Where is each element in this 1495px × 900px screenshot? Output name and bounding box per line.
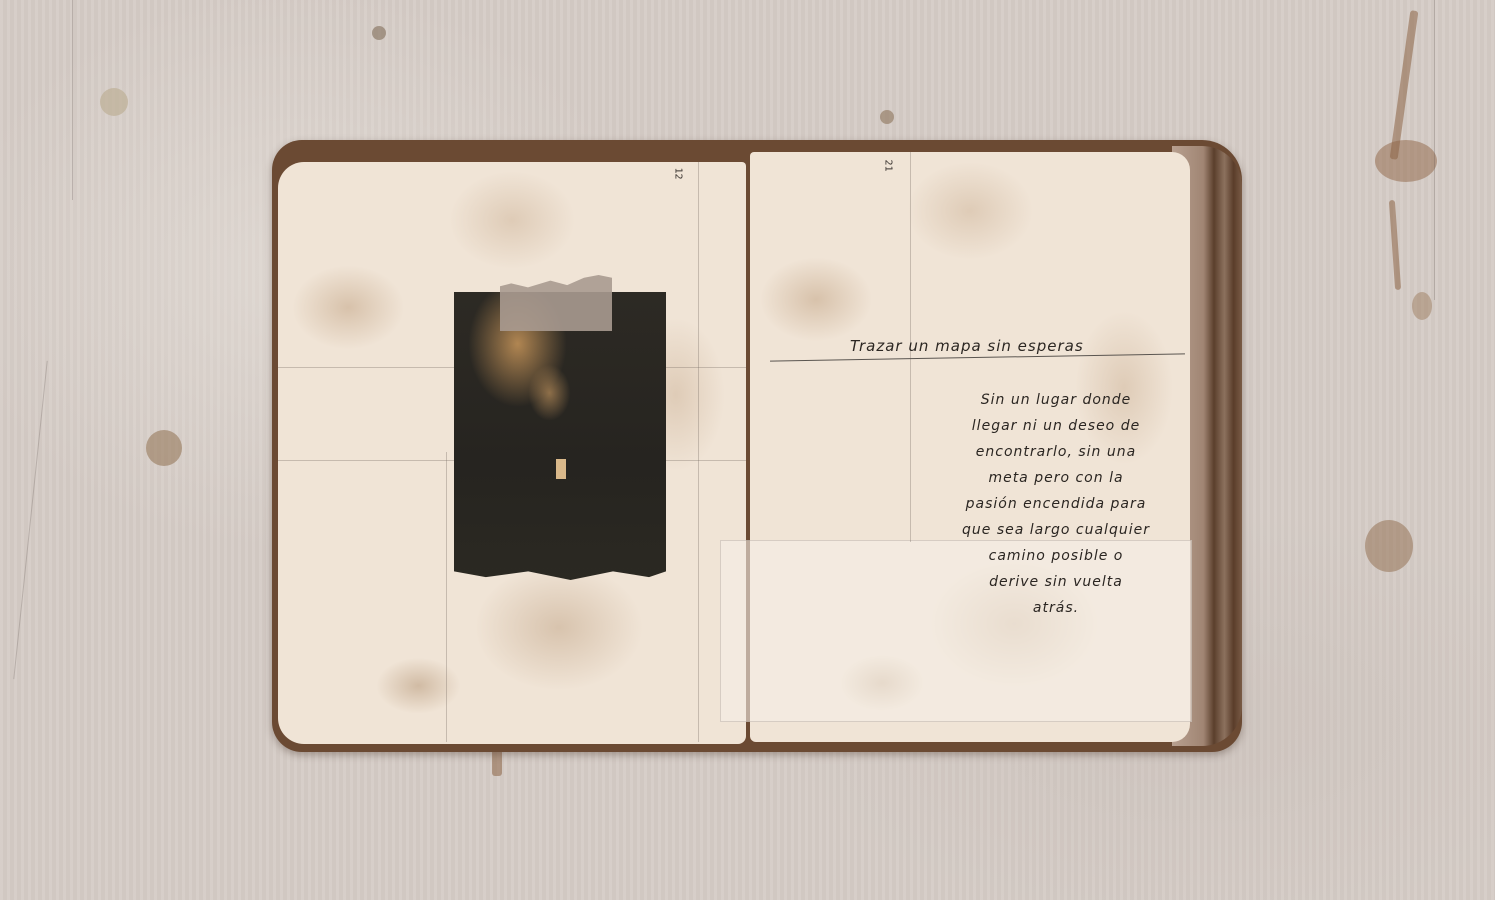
- right-page: 21 Trazar un mapa sin esperas Sin un lug…: [750, 152, 1190, 742]
- handwritten-line: derive sin vuelta: [946, 569, 1166, 595]
- wall-drip: [1389, 200, 1401, 290]
- wall-stain: [372, 26, 386, 40]
- left-page: 12: [278, 162, 746, 744]
- handwritten-line: meta pero con la: [946, 465, 1166, 491]
- handwritten-line: llegar ni un deseo de: [946, 413, 1166, 439]
- handwritten-line: Sin un lugar donde: [946, 387, 1166, 413]
- wall-drip: [1390, 10, 1419, 160]
- wall-stain: [146, 430, 182, 466]
- page-number: 21: [883, 159, 894, 171]
- tape-strip: [500, 275, 612, 331]
- wall-scratch: [1434, 0, 1435, 300]
- handwritten-title: Trazar un mapa sin esperas: [850, 337, 1084, 355]
- handwritten-line: camino posible o: [946, 543, 1166, 569]
- wall-stain: [100, 88, 128, 116]
- wall-drip: [492, 748, 502, 776]
- handwritten-line: atrás.: [946, 595, 1166, 621]
- handwritten-line: encontrarlo, sin una: [946, 439, 1166, 465]
- wall-stain: [1412, 292, 1432, 320]
- wall-stain: [1375, 140, 1437, 182]
- handwritten-line: que sea largo cualquier: [946, 517, 1166, 543]
- wall-scratch: [72, 0, 73, 200]
- handwritten-text: Sin un lugar donde llegar ni un deseo de…: [946, 387, 1166, 621]
- handwritten-line: pasión encendida para: [946, 491, 1166, 517]
- wall-scratch: [13, 361, 47, 679]
- wall-stain: [1365, 520, 1413, 572]
- page-number: 12: [673, 167, 684, 179]
- light-patch: [556, 459, 566, 479]
- page-fold: [446, 452, 447, 742]
- forest-photo: [454, 292, 666, 580]
- wall-stain: [880, 110, 894, 124]
- notebook: 12 21 Trazar un mapa sin esperas Sin un …: [272, 140, 1242, 752]
- page-fold: [698, 162, 699, 742]
